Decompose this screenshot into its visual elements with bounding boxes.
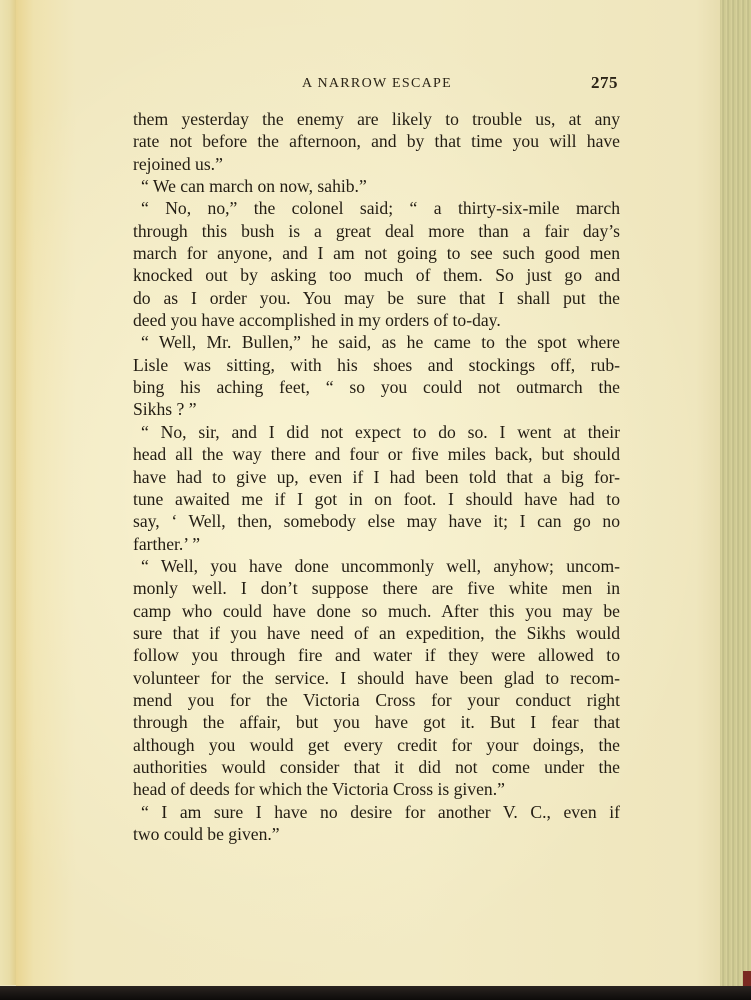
text-line: head of deeds for which the Victoria Cro… bbox=[133, 778, 620, 800]
facing-page-edge bbox=[0, 0, 16, 985]
text-line: bing his aching feet, “ so you could not… bbox=[133, 376, 620, 398]
page-stack-edges bbox=[720, 0, 751, 995]
text-line: volunteer for the service. I should have… bbox=[133, 667, 620, 689]
text-line: deed you have accomplished in my orders … bbox=[133, 309, 620, 331]
text-line: them yesterday the enemy are likely to t… bbox=[133, 108, 620, 130]
text-line: rejoined us.” bbox=[133, 153, 620, 175]
text-line: “ I am sure I have no desire for another… bbox=[133, 801, 620, 823]
text-line: two could be given.” bbox=[133, 823, 620, 845]
text-line: tune awaited me if I got in on foot. I s… bbox=[133, 488, 620, 510]
text-line: rate not before the afternoon, and by th… bbox=[133, 130, 620, 152]
running-title: A NARROW ESCAPE bbox=[134, 76, 620, 92]
text-line: “ Well, you have done uncommonly well, a… bbox=[133, 555, 620, 577]
page-header: A NARROW ESCAPE 275 bbox=[134, 73, 620, 95]
text-line: authorities would consider that it did n… bbox=[133, 756, 620, 778]
text-line: mend you for the Victoria Cross for your… bbox=[133, 689, 620, 711]
text-line: head all the way there and four or five … bbox=[133, 443, 620, 465]
text-line: “ No, no,” the colonel said; “ a thirty-… bbox=[133, 197, 620, 219]
text-line: Lisle was sitting, with his shoes and st… bbox=[133, 354, 620, 376]
text-line: knocked out by asking too much of them. … bbox=[133, 264, 620, 286]
text-line: sure that if you have need of an expedit… bbox=[133, 622, 620, 644]
text-line: say, ‘ Well, then, somebody else may hav… bbox=[133, 510, 620, 532]
text-line: have had to give up, even if I had been … bbox=[133, 466, 620, 488]
text-line: “ No, sir, and I did not expect to do so… bbox=[133, 421, 620, 443]
text-line: Sikhs ? ” bbox=[133, 398, 620, 420]
scanned-book-page: A NARROW ESCAPE 275 them yesterday the e… bbox=[0, 0, 751, 1000]
text-line: “ Well, Mr. Bullen,” he said, as he came… bbox=[133, 331, 620, 353]
text-line: farther.’ ” bbox=[133, 533, 620, 555]
text-line: monly well. I don’t suppose there are fi… bbox=[133, 577, 620, 599]
text-line: follow you through fire and water if the… bbox=[133, 644, 620, 666]
text-line: although you would get every credit for … bbox=[133, 734, 620, 756]
text-line: “ We can march on now, sahib.” bbox=[133, 175, 620, 197]
text-line: camp who could have done so much. After … bbox=[133, 600, 620, 622]
text-line: through this bush is a great deal more t… bbox=[133, 220, 620, 242]
body-text: them yesterday the enemy are likely to t… bbox=[133, 108, 620, 845]
page-number: 275 bbox=[591, 73, 618, 93]
text-line: through the affair, but you have got it.… bbox=[133, 711, 620, 733]
text-line: do as I order you. You may be sure that … bbox=[133, 287, 620, 309]
book-cover-shadow bbox=[0, 986, 751, 1000]
text-line: march for anyone, and I am not going to … bbox=[133, 242, 620, 264]
